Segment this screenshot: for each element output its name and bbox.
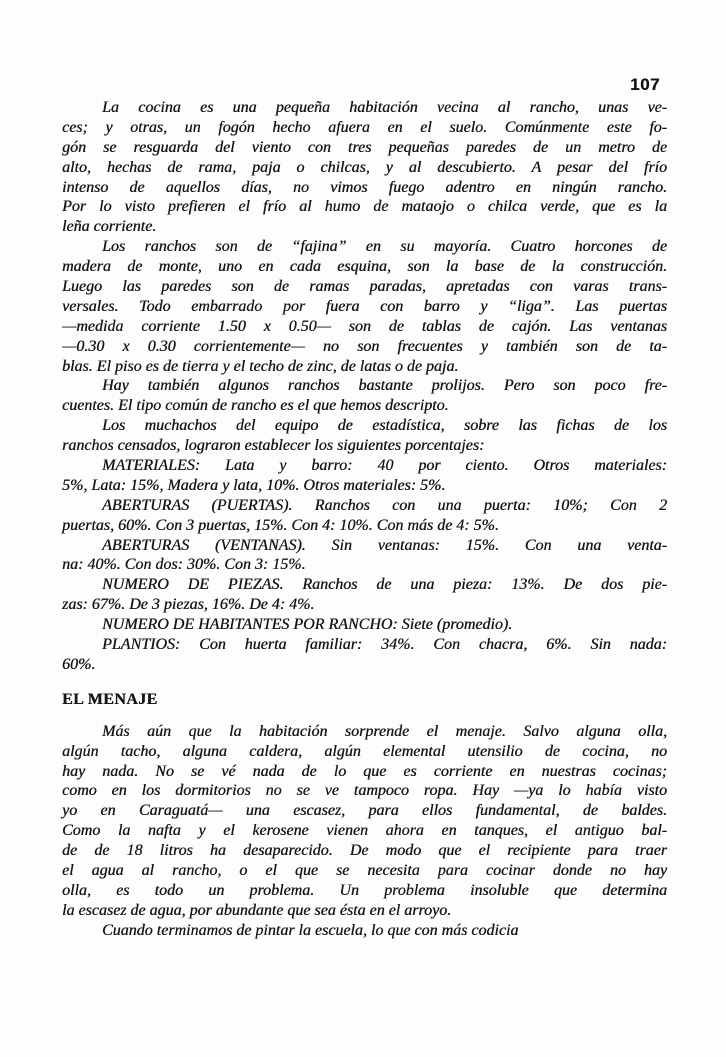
text-line: leña corriente. <box>62 217 667 237</box>
text-line: Hay también algunos ranchos bastante pro… <box>62 376 667 396</box>
text-line: NUMERO DE PIEZAS. Ranchos de una pieza: … <box>62 575 667 595</box>
paragraph: ABERTURAS (PUERTAS). Ranchos con una pue… <box>62 496 667 536</box>
paragraph: ABERTURAS (VENTANAS). Sin ventanas: 15%.… <box>62 536 667 576</box>
text-line: Los ranchos son de “fajina” en su mayorí… <box>62 237 667 257</box>
text-line: Más aún que la habitación sorprende el m… <box>62 722 667 742</box>
paragraph: PLANTIOS: Con huerta familiar: 34%. Con … <box>62 635 667 675</box>
text-line: el agua al rancho, o el que se necesita … <box>62 861 667 881</box>
text-line: Luego las paredes son de ramas paradas, … <box>62 277 667 297</box>
text-line: puertas, 60%. Con 3 puertas, 15%. Con 4:… <box>62 516 667 536</box>
text-line: —0.30 x 0.30 corrientemente— no son frec… <box>62 337 667 357</box>
text-line: ABERTURAS (PUERTAS). Ranchos con una pue… <box>62 496 667 516</box>
text-line: madera de monte, uno en cada esquina, so… <box>62 257 667 277</box>
text-line: alto, hechas de rama, paja o chilcas, y … <box>62 158 667 178</box>
text-line: gón se resguarda del viento con tres peq… <box>62 138 667 158</box>
text-line: ces; y otras, un fogón hecho afuera en e… <box>62 118 667 138</box>
text-line: PLANTIOS: Con huerta familiar: 34%. Con … <box>62 635 667 655</box>
text-line: cuentes. El tipo común de rancho es el q… <box>62 396 667 416</box>
text-line: Por lo visto prefieren el frío al humo d… <box>62 197 667 217</box>
text-line: na: 40%. Con dos: 30%. Con 3: 15%. <box>62 555 667 575</box>
text-line: MATERIALES: Lata y barro: 40 por ciento.… <box>62 456 667 476</box>
paragraph: Más aún que la habitación sorprende el m… <box>62 722 667 921</box>
text-line: intenso de aquellos días, no vimos fuego… <box>62 178 667 198</box>
paragraph: La cocina es una pequeña habitación veci… <box>62 98 667 237</box>
text-line: Los muchachos del equipo de estadística,… <box>62 416 667 436</box>
paragraph: Los muchachos del equipo de estadística,… <box>62 416 667 456</box>
page-text-block: La cocina es una pequeña habitación veci… <box>62 98 667 941</box>
text-line: La cocina es una pequeña habitación veci… <box>62 98 667 118</box>
section-heading: EL MENAJE <box>62 690 667 710</box>
text-line: —medida corriente 1.50 x 0.50— son de ta… <box>62 317 667 337</box>
text-line: la escasez de agua, por abundante que se… <box>62 901 667 921</box>
text-line: Cuando terminamos de pintar la escuela, … <box>62 921 667 941</box>
text-line: como en los dormitorios no se ve tampoco… <box>62 781 667 801</box>
text-line: Como la nafta y el kerosene vienen ahora… <box>62 821 667 841</box>
paragraph: Hay también algunos ranchos bastante pro… <box>62 376 667 416</box>
text-line: versales. Todo embarrado por fuera con b… <box>62 297 667 317</box>
paragraph: NUMERO DE HABITANTES POR RANCHO: Siete (… <box>62 615 667 635</box>
text-line: 5%, Lata: 15%, Madera y lata, 10%. Otros… <box>62 476 667 496</box>
paragraph: Cuando terminamos de pintar la escuela, … <box>62 921 667 941</box>
book-page: 107 La cocina es una pequeña habitación … <box>0 0 726 1057</box>
text-line: olla, es todo un problema. Un problema i… <box>62 881 667 901</box>
text-line: algún tacho, alguna caldera, algún eleme… <box>62 742 667 762</box>
text-line: ranchos censados, lograron establecer lo… <box>62 436 667 456</box>
text-line: zas: 67%. De 3 piezas, 16%. De 4: 4%. <box>62 595 667 615</box>
paragraph: Los ranchos son de “fajina” en su mayorí… <box>62 237 667 376</box>
page-number: 107 <box>630 75 660 95</box>
text-line: yo en Caraguatá— una escasez, para ellos… <box>62 801 667 821</box>
paragraph: MATERIALES: Lata y barro: 40 por ciento.… <box>62 456 667 496</box>
text-line: blas. El piso es de tierra y el techo de… <box>62 357 667 377</box>
text-line: ABERTURAS (VENTANAS). Sin ventanas: 15%.… <box>62 536 667 556</box>
text-line: de de 18 litros ha desaparecido. De modo… <box>62 841 667 861</box>
text-line: hay nada. No se vé nada de lo que es cor… <box>62 762 667 782</box>
text-line: 60%. <box>62 655 667 675</box>
paragraph: NUMERO DE PIEZAS. Ranchos de una pieza: … <box>62 575 667 615</box>
text-line: NUMERO DE HABITANTES POR RANCHO: Siete (… <box>62 615 667 635</box>
